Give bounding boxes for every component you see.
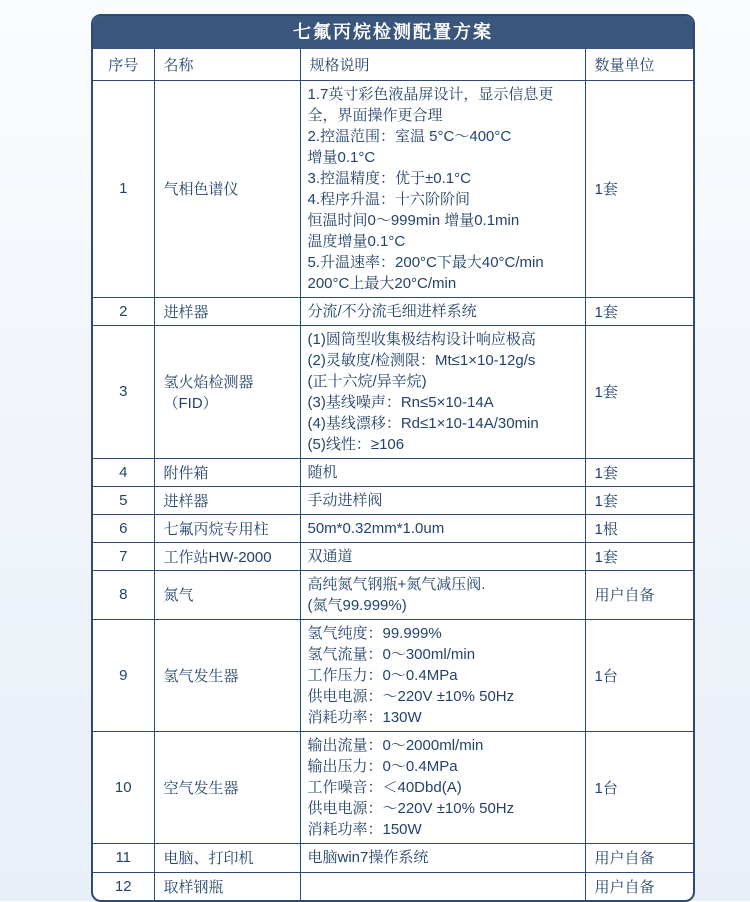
spec-cell (300, 872, 585, 900)
row-number-cell: 7 (93, 542, 154, 570)
table-row: 4 附件箱 随机 1套 (93, 458, 693, 486)
row-number-cell: 9 (93, 619, 154, 731)
table-title: 七氟丙烷检测配置方案 (93, 16, 693, 49)
row-number-cell: 5 (93, 486, 154, 514)
quantity-cell: 1套 (585, 486, 693, 514)
row-number-cell: 10 (93, 731, 154, 843)
table-row: 12 取样钢瓶 用户自备 (93, 872, 693, 900)
item-name-cell: 附件箱 (154, 458, 300, 486)
spec-cell: 氢气纯度：99.999% 氢气流量：0～300ml/min 工作压力：0～0.4… (300, 619, 585, 731)
table-row: 10 空气发生器 输出流量：0～2000ml/min 输出压力：0～0.4MPa… (93, 731, 693, 843)
column-header-no: 序号 (93, 49, 154, 80)
spec-table-card: 七氟丙烷检测配置方案 序号 名称 规格说明 数量单位 1 气相色谱仪 1.7英寸… (91, 14, 695, 901)
item-name-cell: 工作站HW-2000 (154, 542, 300, 570)
row-number-cell: 4 (93, 458, 154, 486)
quantity-cell: 用户自备 (585, 570, 693, 619)
quantity-cell: 用户自备 (585, 872, 693, 900)
spec-cell: 输出流量：0～2000ml/min 输出压力：0～0.4MPa 工作噪音：＜40… (300, 731, 585, 843)
row-number-cell: 2 (93, 297, 154, 325)
column-header-spec: 规格说明 (300, 49, 585, 80)
item-name-cell: 气相色谱仪 (154, 80, 300, 297)
column-header-name: 名称 (154, 49, 300, 80)
quantity-cell: 1套 (585, 325, 693, 458)
quantity-cell: 1套 (585, 458, 693, 486)
table-row: 8 氮气 高纯氮气钢瓶+氮气减压阀. (氮气99.999%) 用户自备 (93, 570, 693, 619)
item-name-cell: 进样器 (154, 486, 300, 514)
item-name-cell: 七氟丙烷专用柱 (154, 514, 300, 542)
table-row: 9 氢气发生器 氢气纯度：99.999% 氢气流量：0～300ml/min 工作… (93, 619, 693, 731)
quantity-cell: 1根 (585, 514, 693, 542)
row-number-cell: 8 (93, 570, 154, 619)
spec-cell: 分流/不分流毛细进样系统 (300, 297, 585, 325)
item-name-cell: 取样钢瓶 (154, 872, 300, 900)
column-header-qty: 数量单位 (585, 49, 693, 80)
table-row: 3 氢火焰检测器（FID） (1)圆筒型收集极结构设计响应极高 (2)灵敏度/检… (93, 325, 693, 458)
spec-cell: 高纯氮气钢瓶+氮气减压阀. (氮气99.999%) (300, 570, 585, 619)
row-number-cell: 6 (93, 514, 154, 542)
quantity-cell: 用户自备 (585, 843, 693, 872)
item-name-cell: 进样器 (154, 297, 300, 325)
spec-cell: 50m*0.32mm*1.0um (300, 514, 585, 542)
spec-cell: 电脑win7操作系统 (300, 843, 585, 872)
quantity-cell: 1台 (585, 731, 693, 843)
row-number-cell: 1 (93, 80, 154, 297)
table-row: 1 气相色谱仪 1.7英寸彩色液晶屏设计，显示信息更 全，界面操作更合理 2.控… (93, 80, 693, 297)
quantity-cell: 1套 (585, 297, 693, 325)
item-name-cell: 氢气发生器 (154, 619, 300, 731)
item-name-cell: 空气发生器 (154, 731, 300, 843)
item-name-cell: 氢火焰检测器（FID） (154, 325, 300, 458)
spec-cell: 1.7英寸彩色液晶屏设计，显示信息更 全，界面操作更合理 2.控温范围：室温 5… (300, 80, 585, 297)
table-row: 11 电脑、打印机 电脑win7操作系统 用户自备 (93, 843, 693, 872)
quantity-cell: 1台 (585, 619, 693, 731)
spec-cell: (1)圆筒型收集极结构设计响应极高 (2)灵敏度/检测限：Mt≤1×10-12g… (300, 325, 585, 458)
spec-cell: 随机 (300, 458, 585, 486)
spec-table: 序号 名称 规格说明 数量单位 1 气相色谱仪 1.7英寸彩色液晶屏设计，显示信… (93, 49, 693, 900)
header-row: 序号 名称 规格说明 数量单位 (93, 49, 693, 80)
table-row: 2 进样器 分流/不分流毛细进样系统 1套 (93, 297, 693, 325)
table-row: 6 七氟丙烷专用柱 50m*0.32mm*1.0um 1根 (93, 514, 693, 542)
table-row: 5 进样器 手动进样阀 1套 (93, 486, 693, 514)
table-row: 7 工作站HW-2000 双通道 1套 (93, 542, 693, 570)
spec-cell: 双通道 (300, 542, 585, 570)
spec-cell: 手动进样阀 (300, 486, 585, 514)
quantity-cell: 1套 (585, 80, 693, 297)
row-number-cell: 11 (93, 843, 154, 872)
item-name-cell: 电脑、打印机 (154, 843, 300, 872)
item-name-cell: 氮气 (154, 570, 300, 619)
row-number-cell: 3 (93, 325, 154, 458)
quantity-cell: 1套 (585, 542, 693, 570)
row-number-cell: 12 (93, 872, 154, 900)
